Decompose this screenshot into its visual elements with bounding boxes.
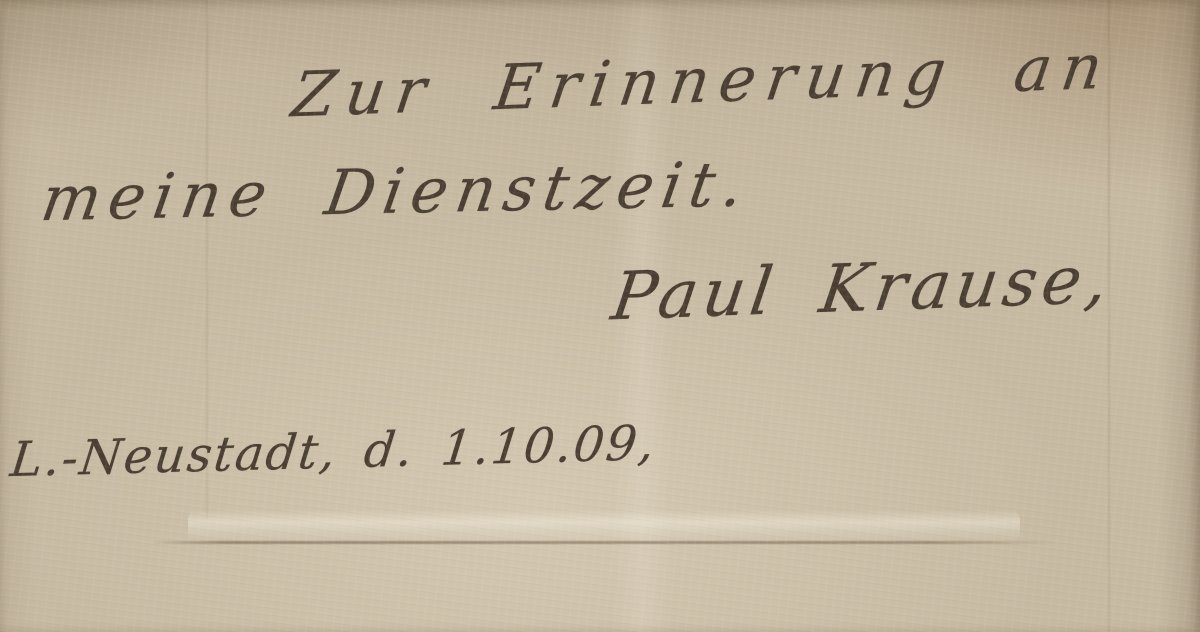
embossed-frame-bottom-shadow — [150, 541, 1055, 544]
postcard-paper: Zur Erinnerung an meine Dienstzeit. Paul… — [0, 0, 1200, 632]
embossed-frame-right-crease — [1108, 0, 1110, 632]
handwriting-place-date: L.-Neustadt, d. 1.10.09, — [8, 415, 660, 488]
handwriting-line-dedication-1: Zur Erinnerung an — [288, 29, 1117, 131]
handwriting-signature: Paul Krause, — [607, 241, 1118, 336]
handwriting-line-dedication-2: meine Dienstzeit. — [37, 147, 757, 235]
embossed-frame-bottom-ridge — [188, 510, 1020, 542]
